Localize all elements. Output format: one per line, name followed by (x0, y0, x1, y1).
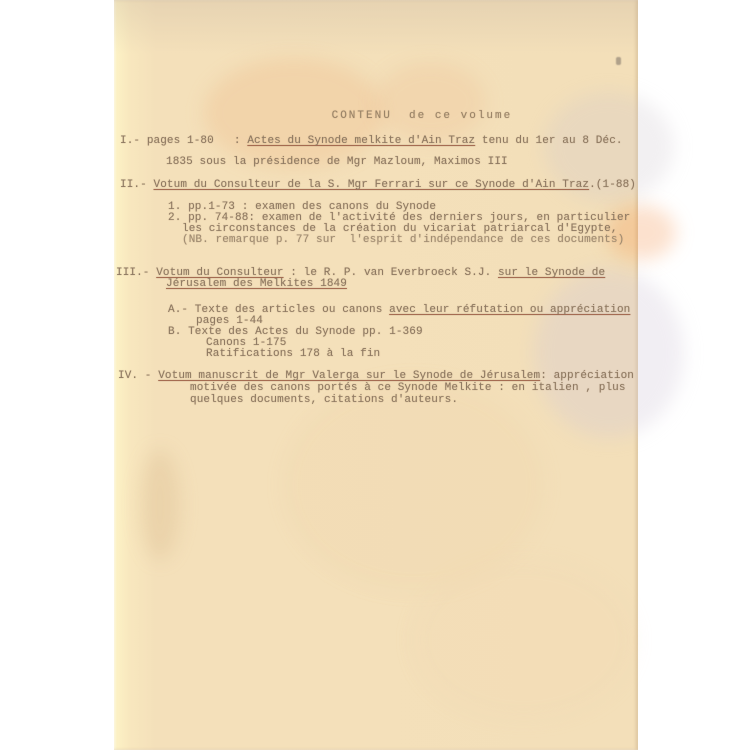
entry-1-number: I.- (120, 135, 147, 147)
paper-stain (140, 450, 180, 560)
entry-1-title-underlined: Actes du Synode melkite d'Ain Traz (247, 135, 475, 147)
toc-entry-2-line-1: II.- Votum du Consulteur de la S. Mgr Fe… (120, 180, 636, 191)
entry-4-number: IV. - (118, 370, 158, 382)
entry-4-title-underlined: Votum manuscrit de Mgr Valerga sur le Sy… (158, 370, 540, 382)
entry-3-number: III.- (116, 267, 156, 279)
toc-entry-3-line-2: Jérusalem des Melkites 1849 (166, 279, 347, 290)
paper-stain (534, 268, 684, 438)
toc-entry-4-line-3: quelques documents, citations d'auteurs. (190, 395, 458, 406)
entry-4-line-2-text: motivée des canons portés à ce Synode Me… (190, 382, 626, 394)
toc-entry-1-line-2: 1835 sous la présidence de Mgr Mazloum, … (166, 157, 508, 168)
entry-2-number: II.- (120, 179, 154, 191)
entry-3-subject-underlined: sur le Synode de (498, 267, 605, 279)
paper-stain (414, 560, 634, 720)
paper-shadow-band (114, 0, 638, 54)
toc-entry-3-sub-b-ratifications: Ratifications 178 à la fin (206, 349, 380, 360)
entry-2-title-underlined: Votum du Consulteur de la S. Mgr Ferrari… (154, 179, 590, 191)
toc-entry-4-line-1: IV. - Votum manuscrit de Mgr Valerga sur… (118, 371, 634, 382)
entry-3-line-2-text: Jérusalem des Melkites 1849 (166, 278, 347, 290)
toc-entry-2-note: (NB. remarque p. 77 sur l'esprit d'indép… (182, 235, 624, 246)
toc-entry-4-line-2: motivée des canons portés à ce Synode Me… (190, 383, 626, 394)
entry-4-line-3-text: quelques documents, citations d'auteurs. (190, 394, 458, 406)
entry-1-pages: pages 1-80 : (147, 135, 248, 147)
scan-background: CONTENU de ce volume I.- pages 1-80 : Ac… (0, 0, 750, 750)
toc-entry-1-line-1: I.- pages 1-80 : Actes du Synode melkite… (120, 136, 623, 147)
entry-2-note-text: (NB. remarque p. 77 sur l'esprit d'indép… (182, 234, 624, 246)
entry-3-sub-a-underlined: avec leur réfutation ou appréciation (389, 304, 630, 316)
entry-1-title-tail: tenu du 1er au 8 Déc. (475, 135, 622, 147)
page-title: CONTENU de ce volume (280, 100, 512, 133)
entry-4-title-tail: : appréciation (540, 370, 634, 382)
page-title-text: CONTENU de ce volume (332, 110, 513, 122)
entry-2-pages: .(1-88) (589, 179, 636, 191)
scanned-page: CONTENU de ce volume I.- pages 1-80 : Ac… (114, 0, 638, 750)
ink-speck (616, 57, 621, 65)
entry-1-line-2-text: 1835 sous la présidence de Mgr Mazloum, … (166, 156, 508, 168)
paper-stain (284, 380, 544, 590)
entry-3-sub-b-ratifications-text: Ratifications 178 à la fin (206, 348, 380, 360)
